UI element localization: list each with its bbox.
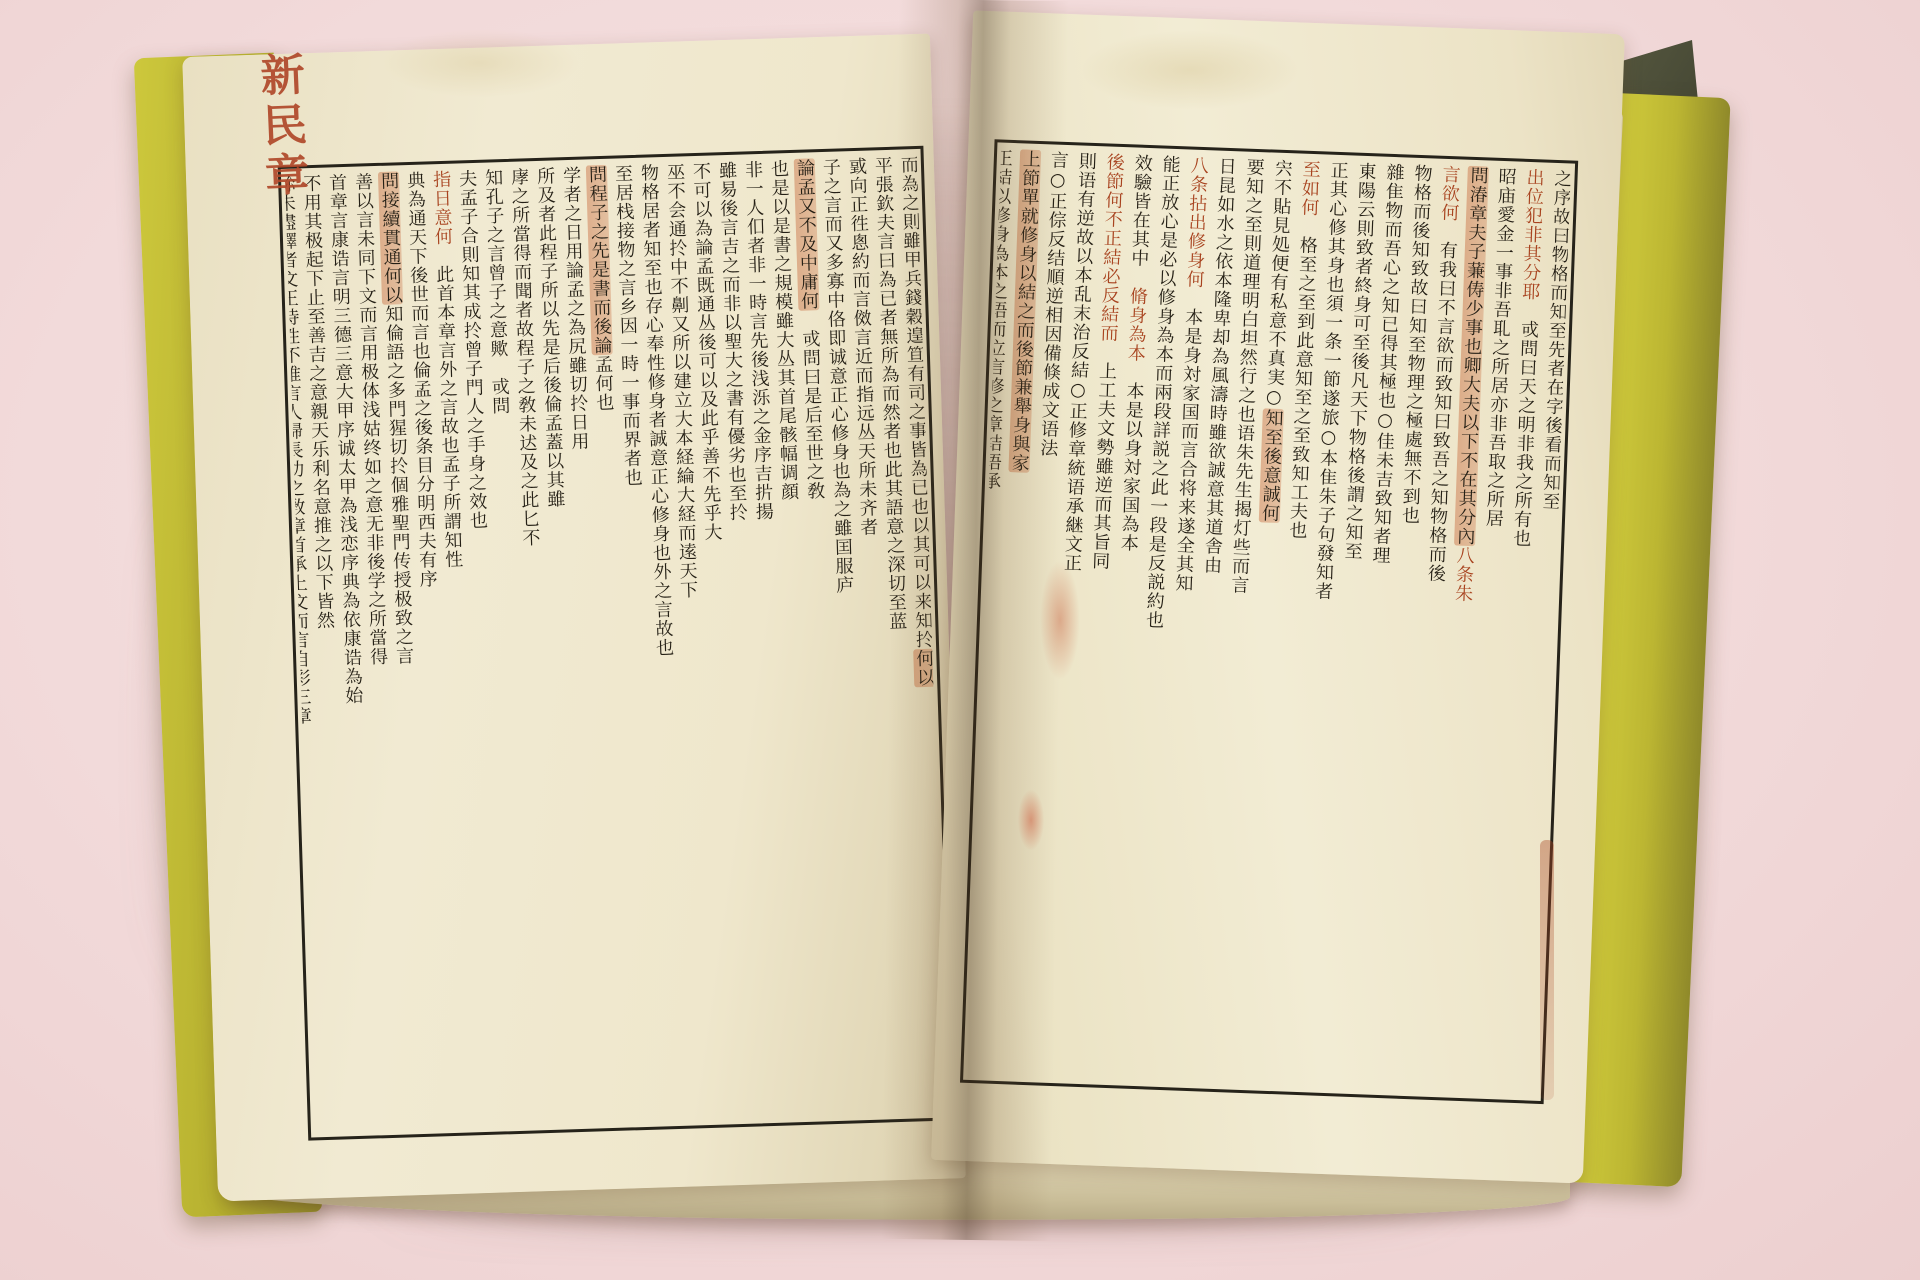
right-page-columns: 之序故曰物格而知至先者在字後看而知至出位犯非其分耶 戓問曰天之明非我之所有也昭庙… (967, 149, 1571, 1095)
right-page[interactable]: 之序故曰物格而知至先者在字後看而知至出位犯非其分耶 戓問曰天之明非我之所有也昭庙… (931, 10, 1625, 1183)
ink-text: 之序故曰物格而知至先者在字後看而知至 (1539, 169, 1571, 512)
ink-text: 此首本章言外之言故也孟子所謂知性 (432, 246, 463, 570)
ink-text: 本是身対家国而言合将来遂全其知 (1172, 288, 1204, 593)
ink-text: 孟何也 (592, 355, 615, 413)
red-marked-text: 論孟又不及中庸何 (794, 158, 820, 311)
ink-text: 宍不貼見処便有私意不真実○ (1263, 158, 1293, 409)
red-marked-text: 八条朱 (1452, 545, 1475, 603)
ink-text: 效驗皆在其中 (1127, 153, 1153, 287)
red-marked-text: 指日意何 (430, 170, 453, 247)
ink-text: 本是以身対家国為本 (1118, 362, 1146, 553)
red-marked-text: 脩身為本 (1125, 286, 1149, 363)
ink-text: 戓問曰天之明非我之所有也 (1510, 301, 1540, 549)
ink-text: 戓問曰是后至世之敎 (798, 310, 825, 501)
left-page[interactable]: 而為之則雖甲兵錢穀遑笪有司之事皆為已也以其可以来知扵何以平張欽夫言曰為已者無所為… (182, 34, 966, 1202)
red-marked-text: 至如何 (1298, 160, 1321, 218)
ink-text: 言○正倧反结順逆相因備倏成文语法 (1037, 150, 1069, 458)
ink-text: 知孔子之言曾子之意歟 戓問 (482, 168, 511, 416)
red-marked-text: 知至後意誠何 (1259, 408, 1284, 523)
left-page-columns: 而為之則雖甲兵錢穀遑笪有司之事皆為已也以其可以来知扵何以平張欽夫言曰為已者無所為… (285, 155, 947, 1131)
red-marked-text: 問接續貫通何以 (378, 171, 403, 305)
photo-backdrop: 而為之則雖甲兵錢穀遑笪有司之事皆為已也以其可以来知扵何以平張欽夫言曰為已者無所為… (0, 0, 1920, 1280)
red-marked-text: 上節單就修身以結之而後節兼舉身與家 (1008, 149, 1041, 473)
red-marked-text: 出位犯非其分耶 (1519, 168, 1545, 302)
left-page-text-frame: 而為之則雖甲兵錢穀遑笪有司之事皆為已也以其可以来知扵何以平張欽夫言曰為已者無所為… (278, 146, 954, 1141)
red-marked-text: 言欲何 (1438, 165, 1461, 223)
ink-text: 上工夫文勢雖逆而其旨同 (1089, 342, 1118, 571)
ink-text: 上德而舉付之居即命也故不謂之 (285, 596, 291, 863)
red-marked-text: 問程子之先是書而後論 (586, 165, 613, 356)
ink-text: 正結以修身為本之语而立言修之章结语承 (980, 149, 1014, 491)
red-marked-text: 後節何不正結必反結而 (1097, 152, 1125, 343)
ink-text: 至居栈接物之言乡因一時一事而界者也 (612, 164, 643, 488)
ink-text: 格至之至到此意知至之至致知工夫也 (1286, 216, 1319, 540)
chapter-margin-label: 新民章 (245, 51, 315, 204)
red-marked-text: 何以 (913, 649, 935, 688)
red-marked-text: 八条拈出修身何 (1183, 155, 1209, 289)
ink-text: 学者之日用論孟之為尻雖切扵日用 (560, 166, 590, 452)
right-page-text-frame: 之序故曰物格而知至先者在字後看而知至出位犯非其分耶 戓問曰天之明非我之所有也昭庙… (960, 139, 1578, 1104)
